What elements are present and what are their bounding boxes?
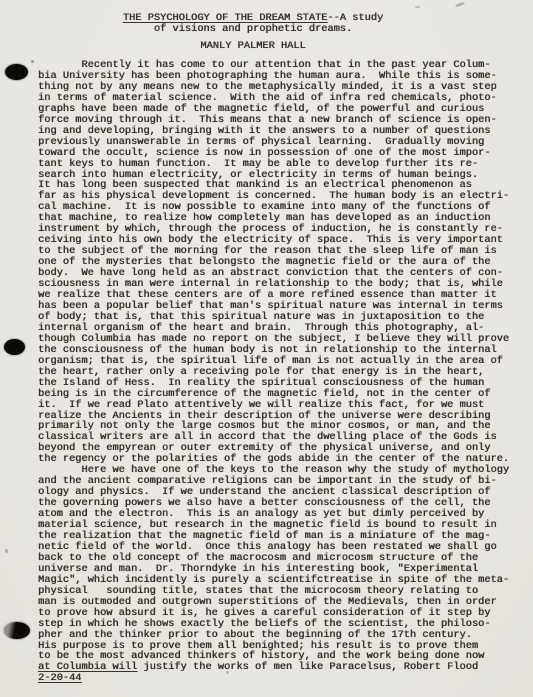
body-line: the Island of Hess. In reality the spiri… bbox=[38, 378, 530, 389]
body-line: 2-20-44 bbox=[38, 673, 530, 684]
scan-smudge bbox=[415, 6, 420, 8]
document-page: THE PSYCHOLOGY OF THE DREAM STATE--A stu… bbox=[0, 0, 533, 697]
document-body: Recently it has come to our attention th… bbox=[38, 60, 530, 684]
body-line: previously unanswerable in terms of phys… bbox=[38, 137, 530, 148]
scan-smudge bbox=[455, 2, 465, 8]
hole-punch-middle bbox=[4, 339, 25, 355]
title-block: THE PSYCHOLOGY OF THE DREAM STATE--A stu… bbox=[38, 13, 468, 52]
body-line: step in which he shows exactly the belie… bbox=[38, 619, 530, 630]
hole-punch-bottom bbox=[4, 622, 30, 639]
body-line: man is outmoded and outgrown superstitio… bbox=[38, 597, 530, 608]
body-line: toward the occult, science is now in pos… bbox=[38, 148, 530, 159]
document-subtitle: of visions and prophetic dreams. bbox=[38, 24, 468, 35]
body-line: being is in the circumference of the mag… bbox=[38, 389, 530, 400]
page-content: THE PSYCHOLOGY OF THE DREAM STATE--A stu… bbox=[38, 13, 530, 684]
scan-speck bbox=[31, 60, 34, 63]
underlined-text: 2-20-44 bbox=[38, 672, 81, 684]
body-line: to prove how absurd it is, he gives a ca… bbox=[38, 608, 530, 619]
scan-speck bbox=[5, 549, 8, 553]
author-name: MANLY PALMER HALL bbox=[38, 41, 468, 52]
body-line: at Columbia will justify the works of me… bbox=[38, 662, 530, 673]
body-line: tant keys to human function. It may be a… bbox=[38, 159, 530, 170]
body-line: pher and the thinker prior to about the … bbox=[38, 630, 530, 641]
hole-punch-top bbox=[5, 64, 28, 80]
text-segment: justify the works of men like Paracelsus… bbox=[137, 661, 478, 673]
body-line: it. If we read Plato attentively we will… bbox=[38, 400, 530, 411]
body-line: the heart, rather only a receiving pole … bbox=[38, 367, 530, 378]
